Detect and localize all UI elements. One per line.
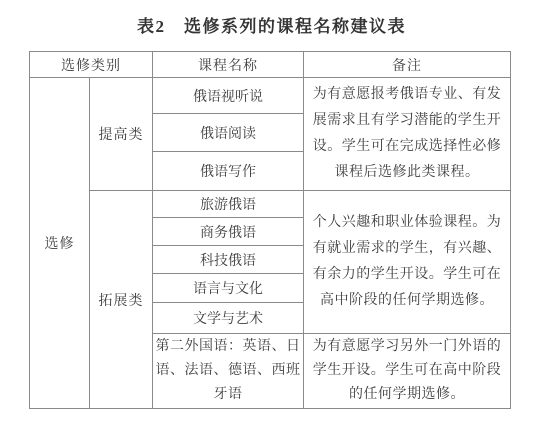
course-cell-literature-art: 文学与艺术 — [153, 303, 304, 334]
table-header-row: 选修类别 课程名称 备注 — [30, 52, 511, 78]
table-caption: 表2 选修系列的课程名称建议表 — [0, 12, 543, 37]
remark-improvement-cell: 为有意愿报考俄语专业、有发展需求且有学习潜能的学生开设。学生可在完成选择性必修课… — [304, 78, 511, 191]
group-improvement-cell: 提高类 — [90, 78, 153, 191]
header-course-name: 课程名称 — [153, 52, 304, 78]
header-elective-category: 选修类别 — [30, 52, 153, 78]
group-expansion-cell: 拓展类 — [90, 191, 153, 409]
course-cell-audiovisual: 俄语视听说 — [153, 78, 304, 114]
course-cell-scitech: 科技俄语 — [153, 246, 304, 274]
document-page: 表2 选修系列的课程名称建议表 选修类别 课程名称 备注 选修 提高类 俄语视听… — [0, 0, 543, 431]
course-cell-business: 商务俄语 — [153, 218, 304, 246]
header-remark: 备注 — [304, 52, 511, 78]
table-row: 拓展类 旅游俄语 个人兴趣和职业体验课程。为有就业需求的学生，有兴趣、有余力的学… — [30, 191, 511, 218]
course-cell-tourism: 旅游俄语 — [153, 191, 304, 218]
course-cell-language-culture: 语言与文化 — [153, 274, 304, 303]
course-cell-writing: 俄语写作 — [153, 152, 304, 191]
category-elective-cell: 选修 — [30, 78, 90, 409]
elective-course-table: 选修类别 课程名称 备注 选修 提高类 俄语视听说 为有意愿报考俄语专业、有发展… — [29, 51, 511, 409]
remark-expansion-cell: 个人兴趣和职业体验课程。为有就业需求的学生，有兴趣、有余力的学生开设。学生可在高… — [304, 191, 511, 334]
course-cell-reading: 俄语阅读 — [153, 114, 304, 152]
remark-second-language-cell: 为有意愿学习另外一门外语的学生开设。学生可在高中阶段的任何学期选修。 — [304, 334, 511, 409]
course-cell-second-foreign-language: 第二外国语：英语、日语、法语、德语、西班牙语 — [153, 334, 304, 409]
table-row: 选修 提高类 俄语视听说 为有意愿报考俄语专业、有发展需求且有学习潜能的学生开设… — [30, 78, 511, 114]
